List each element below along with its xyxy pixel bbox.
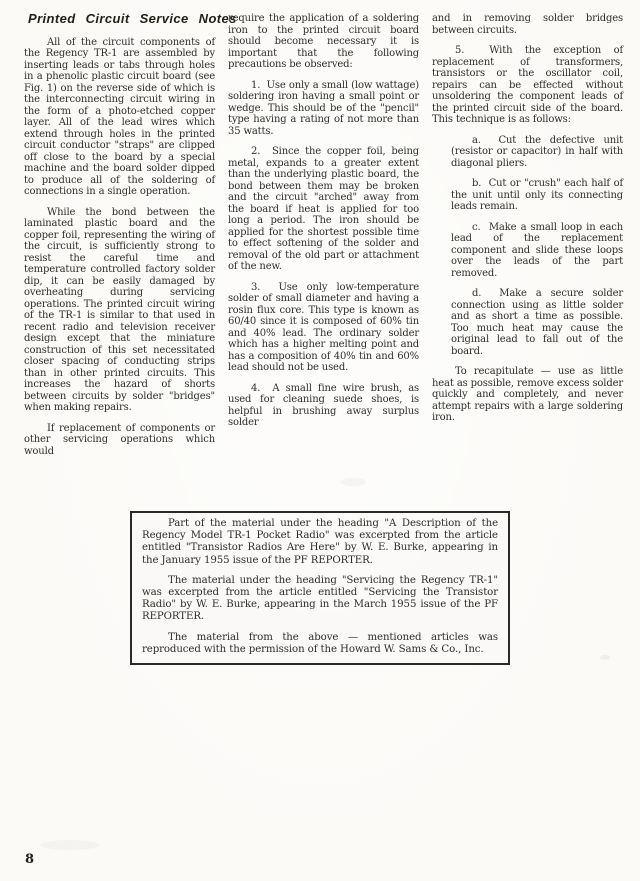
page-number: 8 [25,852,34,867]
paragraph-continuation: and in removing solder bridges between c… [432,13,623,36]
paragraph: All of the circuit components of the Reg… [24,37,215,198]
paragraph-continuation: require the application of a soldering i… [228,13,419,71]
credit-paragraph: The material from the above — mentioned … [142,632,498,656]
column-2: require the application of a soldering i… [228,13,419,466]
paragraph: To recapitulate — use as little heat as … [432,366,623,424]
paragraph: While the bond between the laminated pla… [24,207,215,414]
scan-smudge [40,840,100,850]
paragraph: If replacement of components or other se… [24,423,215,458]
sub-list-item: a. Cut the defective unit (resistor or c… [451,135,623,170]
document-page: Printed Circuit Service Notes All of the… [0,0,640,881]
credit-box: Part of the material under the heading "… [130,511,510,665]
list-item: 1. Use only a small (low wattage) solder… [228,80,419,138]
sub-list-item: d. Make a secure solder connection using… [451,288,623,357]
sub-list-item: b. Cut or "crush" each half of the unit … [451,178,623,213]
list-item: 5. With the exception of replacement of … [432,45,623,126]
scan-smudge [340,478,366,486]
column-3: and in removing solder bridges between c… [432,13,623,466]
scan-smudge [600,655,610,660]
text-columns: Printed Circuit Service Notes All of the… [24,13,623,466]
list-item: 4. A small fine wire brush, as used for … [228,383,419,429]
column-1: Printed Circuit Service Notes All of the… [24,13,215,466]
sub-list-item: c. Make a small loop in each lead of the… [451,222,623,280]
page-title: Printed Circuit Service Notes [28,13,215,25]
credit-paragraph: The material under the heading "Servicin… [142,575,498,624]
credit-paragraph: Part of the material under the heading "… [142,518,498,567]
list-item: 2. Since the copper foil, being metal, e… [228,146,419,273]
list-item: 3. Use only low-temperature solder of sm… [228,282,419,374]
